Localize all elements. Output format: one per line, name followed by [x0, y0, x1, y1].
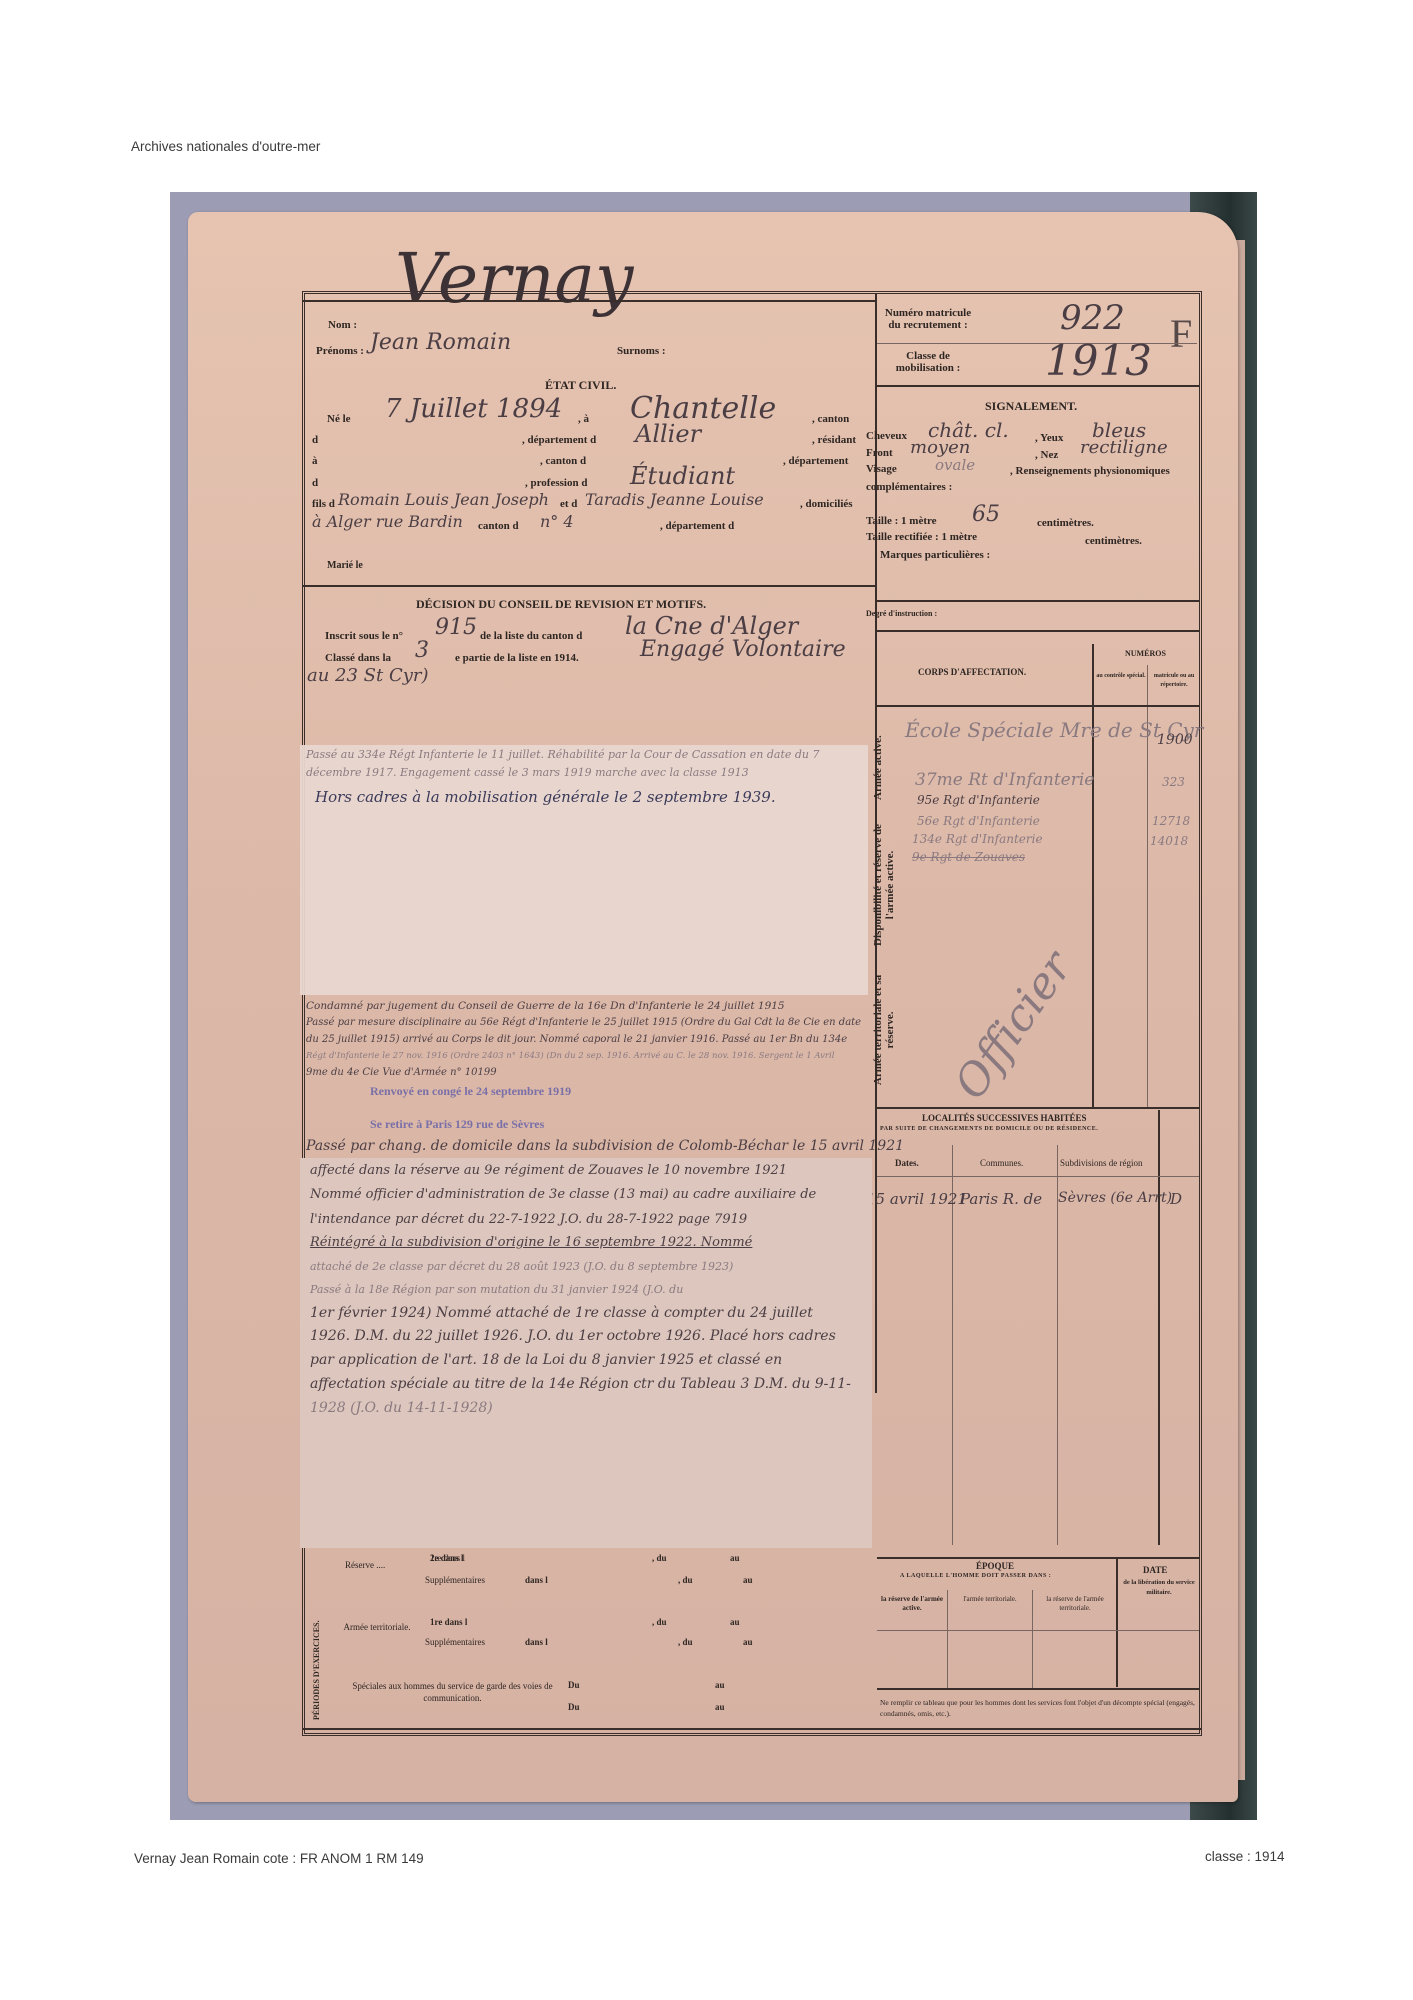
taille-value: 65: [972, 502, 1000, 527]
partie-value: 3: [415, 638, 429, 663]
marques-label: Marques particulières :: [880, 549, 990, 561]
col-dates: Dates.: [895, 1158, 919, 1168]
centimetres-label: centimètres.: [1037, 517, 1094, 529]
residant-label: , résidant: [812, 434, 856, 446]
col-controle: au contrôle spécial.: [1095, 672, 1147, 681]
motif-value: au 23 St Cyr): [307, 665, 429, 686]
supplementaires-label: Supplémentaires: [425, 1575, 485, 1585]
stamp-conge: Renvoyé en congé le 24 septembre 1919: [370, 1084, 571, 1099]
territoriale-label: Armée territoriale et sa réserve.: [872, 970, 896, 1090]
annotation-line: l'intendance par décret du 22-7-1922 J.O…: [310, 1212, 747, 1227]
dans-label: dans l: [525, 1637, 548, 1647]
annotation-line: affectation spéciale au titre de la 14e …: [310, 1376, 851, 1392]
periodes-label: PÉRIODES D'EXERCICES.: [312, 1620, 321, 1720]
mother-name: Taradis Jeanne Louise: [585, 490, 764, 509]
canton-label: canton d: [478, 520, 519, 532]
localite-subdivision: Sèvres (6e Arrt): [1058, 1190, 1172, 1206]
divider: [877, 630, 1199, 632]
record-reference: Vernay Jean Romain cote : FR ANOM 1 RM 1…: [134, 1851, 424, 1866]
corps-row: 9e Rgt de Zouaves: [912, 850, 1025, 864]
etat-civil-title: ÉTAT CIVIL.: [545, 378, 616, 393]
date-liberation-label: de la libération du service militaire.: [1118, 1578, 1200, 1598]
domicilies-label: , domiciliés: [800, 498, 853, 510]
du-label: Du: [568, 1702, 580, 1712]
numeros-title: NUMÉROS: [1125, 649, 1166, 658]
du-label: , du: [652, 1553, 667, 1563]
localites-subtitle: PAR SUITE DE CHANGEMENTS DE DOMICILE OU …: [880, 1126, 1098, 1132]
date-title: DATE: [1143, 1565, 1167, 1575]
nom-value: Vernay: [395, 240, 633, 319]
visage-value: ovale: [935, 456, 975, 474]
d-label: d: [312, 434, 318, 446]
matricule-value: 922: [1060, 298, 1125, 338]
top-rule: [302, 300, 877, 302]
au-label: au: [730, 1553, 740, 1563]
nom-label: Nom :: [328, 319, 357, 331]
armee-active-label: Armée active.: [872, 735, 884, 800]
profession-label: , profession d: [525, 477, 587, 489]
taille-label: Taille : 1 mètre: [866, 515, 937, 527]
nez-label: , Nez: [1035, 449, 1058, 461]
disponibilite-label: Disponibilité et réserve de l'armée acti…: [872, 820, 896, 950]
corps-row: 37me Rt d'Infanterie: [915, 770, 1094, 790]
canton-label: , canton: [812, 413, 849, 425]
a-label: , à: [578, 413, 589, 425]
domicile-value: à Alger rue Bardin: [312, 512, 463, 531]
signalement-title: SIGNALEMENT.: [985, 399, 1077, 414]
corps-matricule: 323: [1162, 775, 1185, 789]
fils-label: fils d: [312, 498, 335, 510]
nez-value: rectiligne: [1080, 437, 1168, 458]
corps-row: 56e Rgt d'Infanterie: [917, 814, 1040, 828]
annotation-line: Condamné par jugement du Conseil de Guer…: [306, 1000, 785, 1012]
corps-matricule: 14018: [1150, 834, 1188, 848]
complementaires-label: complémentaires :: [866, 481, 952, 493]
inscrit-value: 915: [435, 615, 477, 640]
yeux-label: , Yeux: [1035, 432, 1063, 444]
matricule-suffix: F: [1170, 310, 1192, 357]
inscrit-label: Inscrit sous le n°: [325, 630, 403, 642]
motif-value: Engagé Volontaire: [640, 637, 846, 662]
divider: [877, 600, 1199, 602]
epoque-title: ÉPOQUE: [976, 1561, 1014, 1571]
col-armee-territoriale: l'armée territoriale.: [950, 1595, 1030, 1604]
col-reserve-territoriale: la réserve de l'armée territoriale.: [1035, 1595, 1115, 1613]
archive-header: Archives nationales d'outre-mer: [131, 139, 320, 154]
marie-label: Marié le: [327, 560, 363, 571]
partie-label: e partie de la liste en 1914.: [455, 652, 579, 664]
supplementaires-label: Supplémentaires: [425, 1637, 485, 1647]
canton-label: , canton d: [540, 455, 586, 467]
d-label: d: [312, 477, 318, 489]
ne-le-label: Né le: [327, 413, 351, 425]
annotation-line: Réintégré à la subdivision d'origine le …: [310, 1235, 752, 1250]
classe-dans-label: Classé dans la: [325, 652, 391, 664]
column-divider: [1092, 644, 1094, 1109]
column-divider: [1116, 1557, 1118, 1687]
annotation-line: Passé au 334e Régt Infanterie le 11 juil…: [306, 748, 820, 761]
territoriale-1-label: 1re dans l: [430, 1617, 467, 1627]
localite-date: 15 avril 1921: [866, 1190, 967, 1208]
taille-rectifiee-label: Taille rectifiée : 1 mètre: [866, 531, 977, 543]
annotation-line: Hors cadres à la mobilisation générale l…: [315, 788, 776, 806]
reserve-label: Réserve ....: [345, 1560, 385, 1570]
divider: [302, 585, 877, 587]
speciales-label: Spéciales aux hommes du service de garde…: [345, 1680, 560, 1704]
annotation-line: Régt d'Infanterie le 27 nov. 1916 (Ordre…: [306, 1051, 834, 1061]
classe-value: 1913: [1045, 336, 1152, 385]
annotation-line: décembre 1917. Engagement cassé le 3 mar…: [306, 766, 749, 779]
divider: [877, 1107, 1199, 1109]
front-value: moyen: [910, 437, 970, 458]
departement-label: , département d: [660, 520, 734, 532]
decision-title: DÉCISION DU CONSEIL DE REVISION ET MOTIF…: [416, 597, 706, 612]
annotation-line: du 25 juillet 1915) arrivé au Corps le d…: [306, 1034, 847, 1045]
annotation-line: Passé à la 18e Région par son mutation d…: [310, 1283, 683, 1296]
annotation-line: 9me du 4e Cie Vue d'Armée n° 10199: [306, 1067, 497, 1078]
armee-territoriale-label: Armée territoriale.: [342, 1622, 412, 1633]
bottom-rule: [302, 1728, 1202, 1730]
divider: [877, 705, 1199, 707]
annotation-line: par application de l'art. 18 de la Loi d…: [310, 1352, 782, 1368]
annotation-line: Nommé officier d'administration de 3e cl…: [310, 1187, 816, 1202]
liste-canton-label: de la liste du canton d: [480, 630, 582, 642]
au-label: au: [715, 1702, 725, 1712]
divider: [877, 1630, 1199, 1631]
localites-title: LOCALITÉS SUCCESSIVES HABITÉES: [922, 1113, 1087, 1123]
annotation-line: attaché de 2e classe par décret du 28 ao…: [310, 1260, 733, 1273]
classe-reference: classe : 1914: [1205, 1849, 1285, 1864]
au-label: au: [743, 1575, 753, 1585]
annotation-line: 1926. D.M. du 22 juillet 1926. J.O. du 1…: [310, 1328, 836, 1344]
corps-matricule: 1900: [1157, 732, 1193, 748]
au-label: au: [743, 1637, 753, 1647]
et-label: et d: [560, 498, 577, 510]
birth-date: 7 Juillet 1894: [385, 394, 562, 424]
divider: [877, 1557, 1199, 1559]
corps-row: 95e Rgt d'Infanterie: [917, 793, 1040, 807]
degre-instruction-label: Degré d'instruction :: [866, 609, 937, 618]
annotation-line: Passé par chang. de domicile dans la sub…: [306, 1138, 904, 1154]
pasted-slip: [300, 745, 868, 995]
stamp-se-retire: Se retire à Paris 129 rue de Sèvres: [370, 1117, 544, 1132]
column-divider: [947, 1590, 948, 1688]
col-reserve-active: la réserve de l'armée active.: [877, 1595, 947, 1613]
prenoms-value: Jean Romain: [370, 330, 511, 355]
profession-value: Étudiant: [630, 462, 735, 490]
column-divider: [1032, 1590, 1033, 1688]
renseignements-label: , Renseignements physionomiques: [1010, 465, 1170, 477]
annotation-line: 1928 (J.O. du 14-11-1928): [310, 1400, 493, 1416]
au-label: au: [715, 1680, 725, 1690]
matricule-label: Numéro matricule du recrutement :: [878, 307, 978, 331]
epoque-note: Ne remplir ce tableau que pour les homme…: [880, 1697, 1198, 1719]
corps-title: CORPS D'AFFECTATION.: [918, 667, 1026, 677]
reserve-2-label: 2e dans l: [430, 1553, 464, 1563]
annotation-line: 1er février 1924) Nommé attaché de 1re c…: [310, 1305, 813, 1321]
surnoms-label: Surnoms :: [617, 345, 666, 357]
annotation-line: Passé par mesure disciplinaire au 56e Ré…: [306, 1017, 861, 1028]
col-communes: Communes.: [980, 1158, 1023, 1168]
departement-label: , département d: [522, 434, 596, 446]
visage-label: Visage: [866, 463, 897, 475]
col-matricule: matricule ou au répertoire.: [1149, 672, 1199, 690]
divider: [877, 385, 1199, 387]
divider: [877, 1176, 1199, 1177]
corps-row: 134e Rgt d'Infanterie: [912, 832, 1043, 846]
a-label: à: [312, 455, 318, 467]
dans-label: dans l: [525, 1575, 548, 1585]
centimetres-label: centimètres.: [1085, 535, 1142, 547]
annotation-line: affecté dans la réserve au 9e régiment d…: [310, 1163, 787, 1178]
col-subdivisions: Subdivisions de région: [1060, 1158, 1143, 1168]
divider: [877, 1688, 1199, 1690]
departement-label: , département: [783, 455, 848, 467]
localite-commune: Paris R. de: [960, 1190, 1042, 1208]
father-name: Romain Louis Jean Joseph: [338, 490, 549, 509]
localite-type: D: [1170, 1190, 1182, 1208]
canton-value: n° 4: [540, 512, 574, 531]
du-label: , du: [652, 1617, 667, 1627]
du-label: , du: [678, 1637, 693, 1647]
du-label: Du: [568, 1680, 580, 1690]
canton-value: la Cne d'Alger: [625, 612, 798, 640]
au-label: au: [730, 1617, 740, 1627]
corps-matricule: 12718: [1152, 814, 1190, 828]
classe-label: Classe de mobilisation :: [878, 350, 978, 374]
cheveux-label: Cheveux: [866, 430, 907, 442]
prenoms-label: Prénoms :: [316, 345, 364, 357]
epoque-subtitle: A LAQUELLE L'HOMME DOIT PASSER DANS :: [900, 1573, 1051, 1579]
du-label: , du: [678, 1575, 693, 1585]
departement-value: Allier: [635, 420, 701, 448]
front-label: Front: [866, 447, 893, 459]
